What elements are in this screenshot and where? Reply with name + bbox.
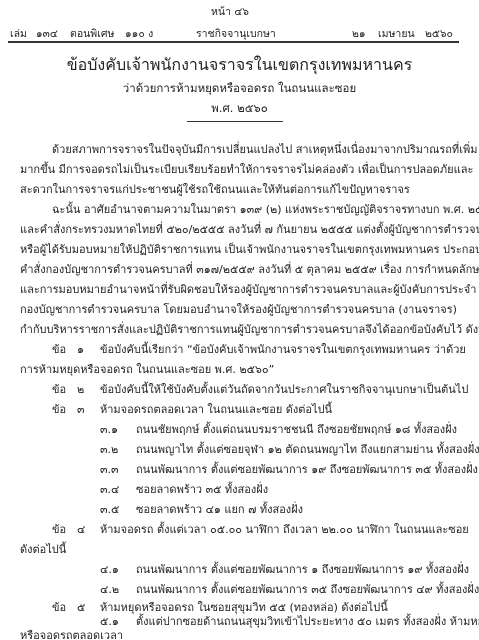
item-5-1-text-cont: หรือจอดรถตลอดเวลา bbox=[20, 626, 123, 640]
item-4-1-text: ถนนพัฒนาการ ตั้งแต่ซอยพัฒนาการ ๑ ถึงซอยพ… bbox=[136, 560, 469, 578]
preamble-line: มากขึ้น มีการจอดรถไม่เป็นระเบียบเรียบร้อ… bbox=[20, 160, 460, 178]
article-3-text: ห้ามจอดรถตลอดเวลา ในถนนและซอย ดังต่อไปนี… bbox=[100, 400, 332, 418]
item-3-1-number: ๓.๑ bbox=[100, 420, 118, 438]
item-3-1-text: ถนนชัยพฤกษ์ ตั้งแต่ถนนบรมราชชนนี ถึงซอยช… bbox=[136, 420, 457, 438]
preamble-line: สะดวกในการจราจรแก่ประชาชนผู้ใช้รถใช้ถนนแ… bbox=[20, 180, 410, 198]
article-3-label: ข้อ bbox=[52, 400, 66, 418]
authority-line: กองบัญชาการตำรวจนครบาล โดยมอบอำนาจให้รอง… bbox=[20, 300, 457, 318]
article-3-number: ๓ bbox=[77, 400, 85, 418]
item-3-3-number: ๓.๓ bbox=[100, 460, 119, 478]
authority-line: และคำสั่งกระทรวงมหาดไทยที่ ๕๒๐/๒๕๕๕ ลงวั… bbox=[20, 220, 479, 238]
item-5-1-text: ตั้งแต่ปากซอยด้านถนนสุขุมวิทเข้าไประยะทา… bbox=[136, 612, 479, 630]
volume-label: เล่ม bbox=[10, 25, 27, 42]
article-1-label: ข้อ bbox=[52, 340, 66, 358]
authority-line: ฉะนั้น อาศัยอำนาจตามความในมาตรา ๑๓๙ (๒) … bbox=[52, 200, 479, 218]
article-1-number: ๑ bbox=[77, 340, 84, 358]
date-day: ๒๑ bbox=[352, 25, 366, 42]
article-2-label: ข้อ bbox=[52, 380, 66, 398]
item-3-2-text: ถนนพญาไท ตั้งแต่ซอยจุฬา ๑๒ ตัดถนนพญาไท ถ… bbox=[136, 440, 479, 458]
volume-number: ๑๓๔ bbox=[36, 25, 58, 42]
item-4-2-text: ถนนพัฒนาการ ตั้งแต่ซอยพัฒนาการ ๓๕ ถึงซอย… bbox=[136, 580, 479, 598]
article-5-number: ๕ bbox=[77, 598, 85, 616]
article-1-text: ข้อบังคับนี้เรียกว่า “ข้อบังคับเจ้าพนักง… bbox=[100, 340, 466, 358]
document-title: ข้อบังคับเจ้าพนักงานจราจรในเขตกรุงเทพมหา… bbox=[0, 53, 479, 78]
article-5-label: ข้อ bbox=[52, 598, 66, 616]
document-subtitle: ว่าด้วยการห้ามหยุดหรือจอดรถ ในถนนและซอย bbox=[0, 80, 479, 98]
authority-line: และการมอบหมายอำนาจหน้าที่รับผิดชอบให้รอง… bbox=[20, 280, 476, 298]
article-4-text: ห้ามจอดรถ ตั้งแต่เวลา ๐๕.๐๐ นาฬิกา ถึงเว… bbox=[100, 520, 469, 538]
item-4-2-number: ๔.๒ bbox=[100, 580, 119, 598]
issue-number: ๑๑๐ ง bbox=[125, 25, 153, 42]
authority-line: คำสั่งกองบัญชาการตำรวจนครบาลที่ ๓๑๗/๒๕๕๙… bbox=[20, 260, 479, 278]
date-year: ๒๕๖๐ bbox=[425, 25, 453, 42]
item-3-4-number: ๓.๔ bbox=[100, 480, 119, 498]
document-year: พ.ศ. ๒๕๖๐ bbox=[0, 100, 479, 118]
article-4-label: ข้อ bbox=[52, 520, 66, 538]
authority-line: กำกับบริหารราชการสั่งและปฏิบัติราชการแทน… bbox=[20, 320, 479, 338]
article-1-text-cont: การห้ามหยุดหรือจอดรถ ในถนนและซอย พ.ศ. ๒๕… bbox=[20, 360, 274, 378]
title-divider bbox=[187, 121, 283, 122]
header-divider bbox=[8, 41, 459, 43]
gazette-name: ราชกิจจานุเบกษา bbox=[196, 25, 276, 42]
preamble-line: ด้วยสภาพการจราจรในปัจจุบันมีการเปลี่ยนแป… bbox=[52, 140, 460, 158]
article-2-text: ข้อบังคับนี้ให้ใช้บังคับตั้งแต่วันถัดจาก… bbox=[100, 380, 468, 398]
date-month: เมษายน bbox=[378, 25, 415, 42]
gazette-page: หน้า ๔๖ เล่ม ๑๓๔ ตอนพิเศษ ๑๑๐ ง ราชกิจจา… bbox=[0, 0, 479, 640]
item-3-3-text: ถนนพัฒนาการ ตั้งแต่ซอยพัฒนาการ ๑๙ ถึงซอย… bbox=[136, 460, 478, 478]
item-3-5-number: ๓.๕ bbox=[100, 500, 119, 518]
item-3-2-number: ๓.๒ bbox=[100, 440, 118, 458]
issue-label: ตอนพิเศษ bbox=[70, 25, 114, 42]
page-number: หน้า ๔๖ bbox=[211, 3, 249, 20]
item-3-4-text: ซอยลาดพร้าว ๓๕ ทั้งสองฝั่ง bbox=[136, 480, 268, 498]
item-4-1-number: ๔.๑ bbox=[100, 560, 119, 578]
article-2-number: ๒ bbox=[77, 380, 84, 398]
article-4-number: ๔ bbox=[77, 520, 85, 538]
item-3-5-text: ซอยลาดพร้าว ๔๑ แยก ๗ ทั้งสองฝั่ง bbox=[136, 500, 303, 518]
article-4-text-cont: ดังต่อไปนี้ bbox=[20, 540, 66, 558]
authority-line: หรือผู้ได้รับมอบหมายให้ปฏิบัติราชการแทน … bbox=[20, 240, 479, 258]
